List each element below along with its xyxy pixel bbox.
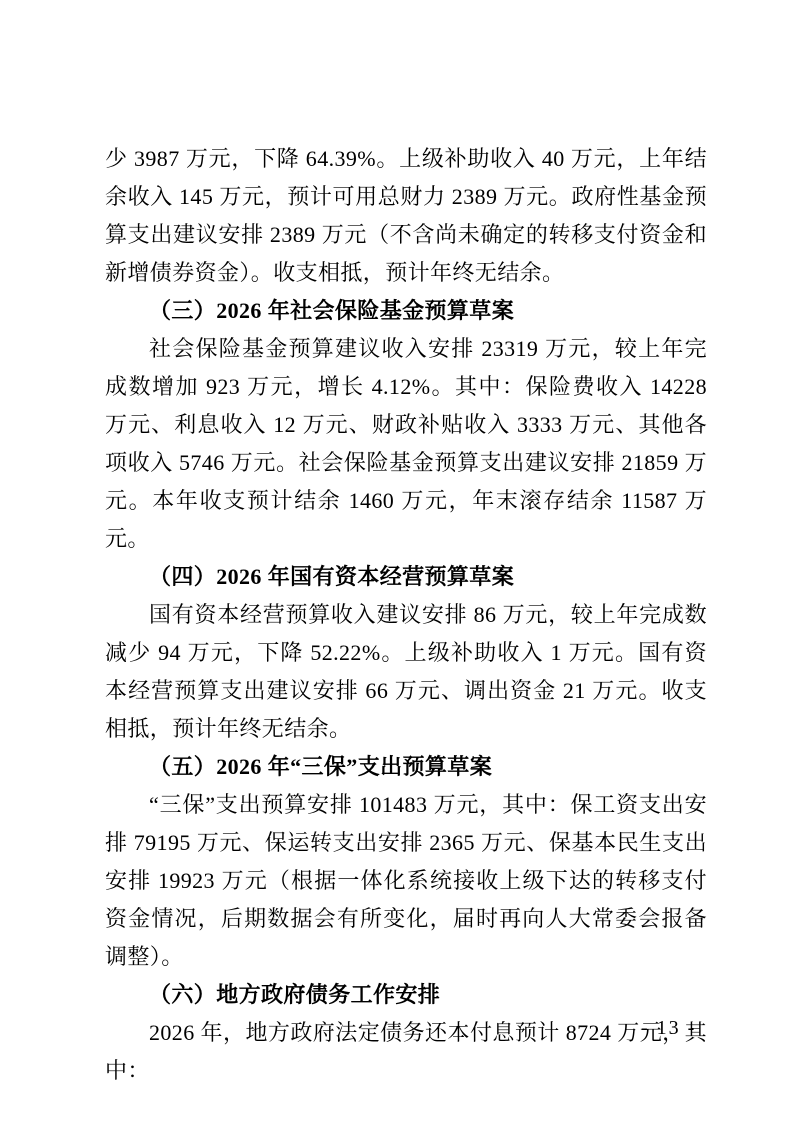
paragraph-state-capital-operation-budget: 国有资本经营预算收入建议安排 86 万元，较上年完成数减少 94 万元，下降 5…: [105, 596, 707, 748]
paragraph-gov-fund-budget-continuation: 少 3987 万元，下降 64.39%。上级补助收入 40 万元，上年结余收入 …: [105, 140, 707, 292]
heading-local-government-debt-work: （六）地方政府债务工作安排: [105, 976, 707, 1014]
page-number: - 13 -: [641, 1016, 696, 1040]
heading-three-guarantees-expenditure-budget: （五）2026 年“三保”支出预算草案: [105, 748, 707, 786]
document-page: 少 3987 万元，下降 64.39%。上级补助收入 40 万元，上年结余收入 …: [0, 0, 793, 1122]
heading-state-capital-operation-budget: （四）2026 年国有资本经营预算草案: [105, 558, 707, 596]
paragraph-local-government-debt-work: 2026 年，地方政府法定债务还本付息预计 8724 万元，其中：: [105, 1014, 707, 1090]
paragraph-social-insurance-fund-budget: 社会保险基金预算建议收入安排 23319 万元，较上年完成数增加 923 万元，…: [105, 330, 707, 558]
document-body: 少 3987 万元，下降 64.39%。上级补助收入 40 万元，上年结余收入 …: [105, 140, 707, 1090]
paragraph-three-guarantees-expenditure-budget: “三保”支出预算安排 101483 万元，其中：保工资支出安排 79195 万元…: [105, 786, 707, 976]
heading-social-insurance-fund-budget: （三）2026 年社会保险基金预算草案: [105, 292, 707, 330]
